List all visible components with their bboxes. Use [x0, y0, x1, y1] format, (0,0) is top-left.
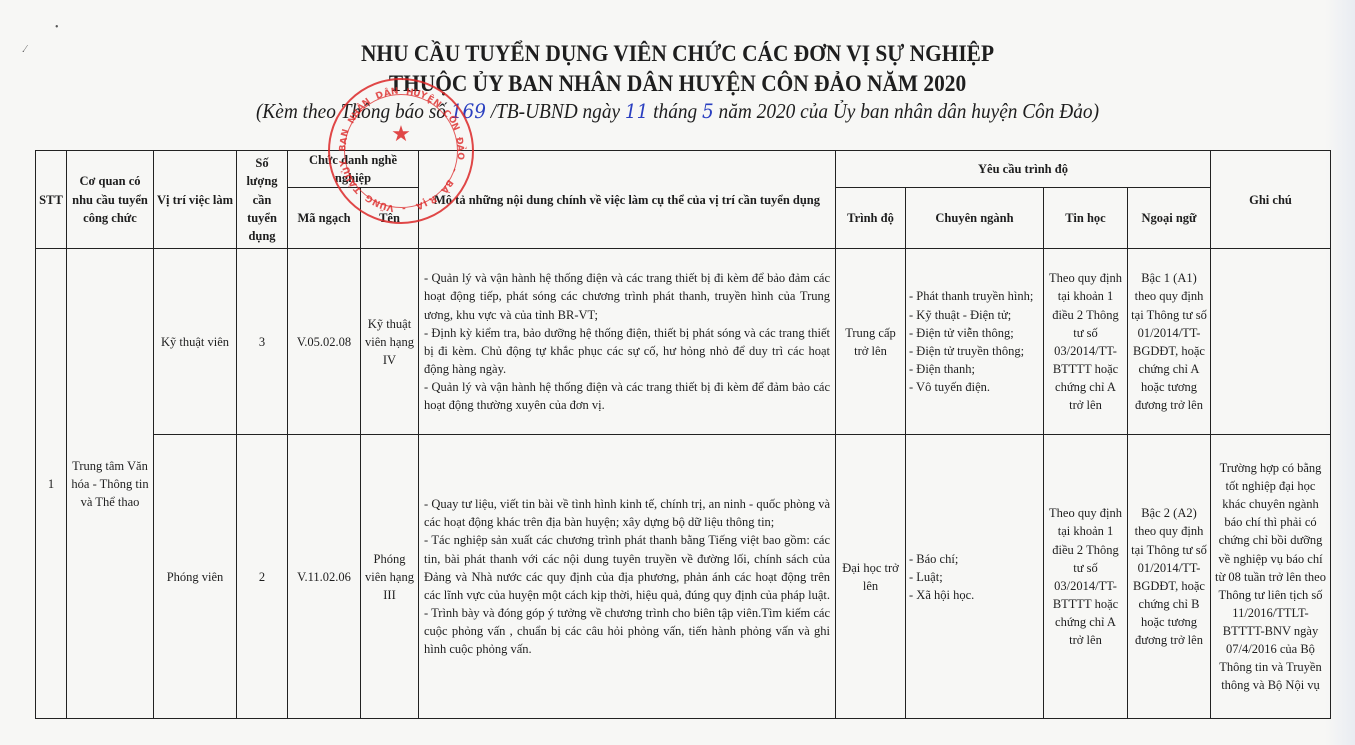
subtitle-middle1: /TB-UBND ngày	[486, 99, 625, 123]
cell-notes: Trường hợp có bằng tốt nghiệp đại học kh…	[1211, 435, 1331, 719]
cell-language: Bậc 1 (A1) theo quy định tại Thông tư số…	[1128, 249, 1211, 435]
description-item: - Trình bày và đóng góp ý tưởng về chươn…	[424, 604, 830, 658]
cell-quantity: 3	[237, 249, 288, 435]
header-notes: Ghi chú	[1211, 151, 1331, 249]
header-name: Tên	[361, 188, 419, 249]
cell-language: Bậc 2 (A2) theo quy định tại Thông tư số…	[1128, 435, 1211, 719]
cell-agency: Trung tâm Văn hóa - Thông tin và Thể tha…	[67, 249, 154, 719]
cell-notes	[1211, 249, 1331, 435]
major-item: - Điện tử truyền thông;	[909, 342, 1040, 360]
cell-position: Phóng viên	[154, 435, 237, 719]
handwritten-notice-number: 169	[451, 99, 486, 123]
major-item: - Điện tử viễn thông;	[909, 324, 1040, 342]
cell-it: Theo quy định tại khoản 1 điều 2 Thông t…	[1044, 435, 1128, 719]
major-item: - Điện thanh;	[909, 360, 1040, 378]
description-item: - Quay tư liệu, viết tin bài về tình hìn…	[424, 495, 830, 531]
major-item: - Kỹ thuật - Điện tử;	[909, 306, 1040, 324]
description-item: - Quản lý và vận hành hệ thống điện và c…	[424, 378, 830, 414]
cell-title-name: Kỹ thuật viên hạng IV	[361, 249, 419, 435]
major-item: - Xã hội học.	[909, 586, 1040, 604]
header-requirements-group: Yêu cầu trình độ	[836, 151, 1211, 188]
header-title-group: Chức danh nghề nghiệp	[288, 151, 419, 188]
header-position: Vị trí việc làm	[154, 151, 237, 249]
subtitle-suffix: năm 2020 của Ủy ban nhân dân huyện Côn Đ…	[714, 99, 1099, 123]
header-code: Mã ngạch	[288, 188, 361, 249]
description-item: - Quản lý và vận hành hệ thống điện và c…	[424, 269, 830, 323]
cell-level: Trung cấp trở lên	[836, 249, 906, 435]
header-language: Ngoại ngữ	[1128, 188, 1211, 249]
scan-speck: .⁄	[22, 44, 26, 55]
description-item: - Tác nghiệp sản xuất các chương trình p…	[424, 531, 830, 604]
handwritten-day: 11	[625, 99, 648, 123]
cell-level: Đại học trở lên	[836, 435, 906, 719]
header-stt: STT	[36, 151, 67, 249]
header-major: Chuyên ngành	[906, 188, 1044, 249]
cell-stt: 1	[36, 249, 67, 719]
cell-major: - Phát thanh truyền hình; - Kỹ thuật - Đ…	[906, 249, 1044, 435]
header-it: Tin học	[1044, 188, 1128, 249]
header-description: Mô tả những nội dung chính về việc làm c…	[419, 151, 836, 249]
cell-it: Theo quy định tại khoản 1 điều 2 Thông t…	[1044, 249, 1128, 435]
subtitle-middle2: tháng	[648, 99, 702, 123]
table-row: Phóng viên 2 V.11.02.06 Phóng viên hạng …	[36, 435, 1331, 719]
table-row: 1 Trung tâm Văn hóa - Thông tin và Thể t…	[36, 249, 1331, 435]
cell-title-name: Phóng viên hạng III	[361, 435, 419, 719]
subtitle-prefix: (Kèm theo Thông báo số	[256, 99, 451, 123]
major-item: - Luật;	[909, 568, 1040, 586]
cell-code: V.05.02.08	[288, 249, 361, 435]
major-item: - Phát thanh truyền hình;	[909, 287, 1040, 305]
header-agency: Cơ quan có nhu cầu tuyển công chức	[67, 151, 154, 249]
major-item: - Vô tuyến điện.	[909, 378, 1040, 396]
scan-speck: •	[55, 22, 59, 33]
major-item: - Báo chí;	[909, 550, 1040, 568]
cell-major: - Báo chí; - Luật; - Xã hội học.	[906, 435, 1044, 719]
document-title-line1: NHU CẦU TUYỂN DỤNG VIÊN CHỨC CÁC ĐƠN VỊ …	[47, 41, 1307, 67]
document-subtitle: (Kèm theo Thông báo số 169 /TB-UBND ngày…	[54, 99, 1301, 124]
header-quantity: Số lượng cần tuyển dụng	[237, 151, 288, 249]
cell-quantity: 2	[237, 435, 288, 719]
description-item: - Định kỳ kiểm tra, bảo dưỡng hệ thống đ…	[424, 324, 830, 378]
cell-description: - Quay tư liệu, viết tin bài về tình hìn…	[419, 435, 836, 719]
handwritten-month: 5	[702, 99, 714, 123]
cell-position: Kỹ thuật viên	[154, 249, 237, 435]
cell-code: V.11.02.06	[288, 435, 361, 719]
header-level: Trình độ	[836, 188, 906, 249]
cell-description: - Quản lý và vận hành hệ thống điện và c…	[419, 249, 836, 435]
stamp-star-icon: ★	[330, 122, 472, 147]
recruitment-table: STT Cơ quan có nhu cầu tuyển công chức V…	[35, 150, 1331, 719]
document-title-line2: THUỘC ỦY BAN NHÂN DÂN HUYỆN CÔN ĐẢO NĂM …	[47, 71, 1307, 97]
